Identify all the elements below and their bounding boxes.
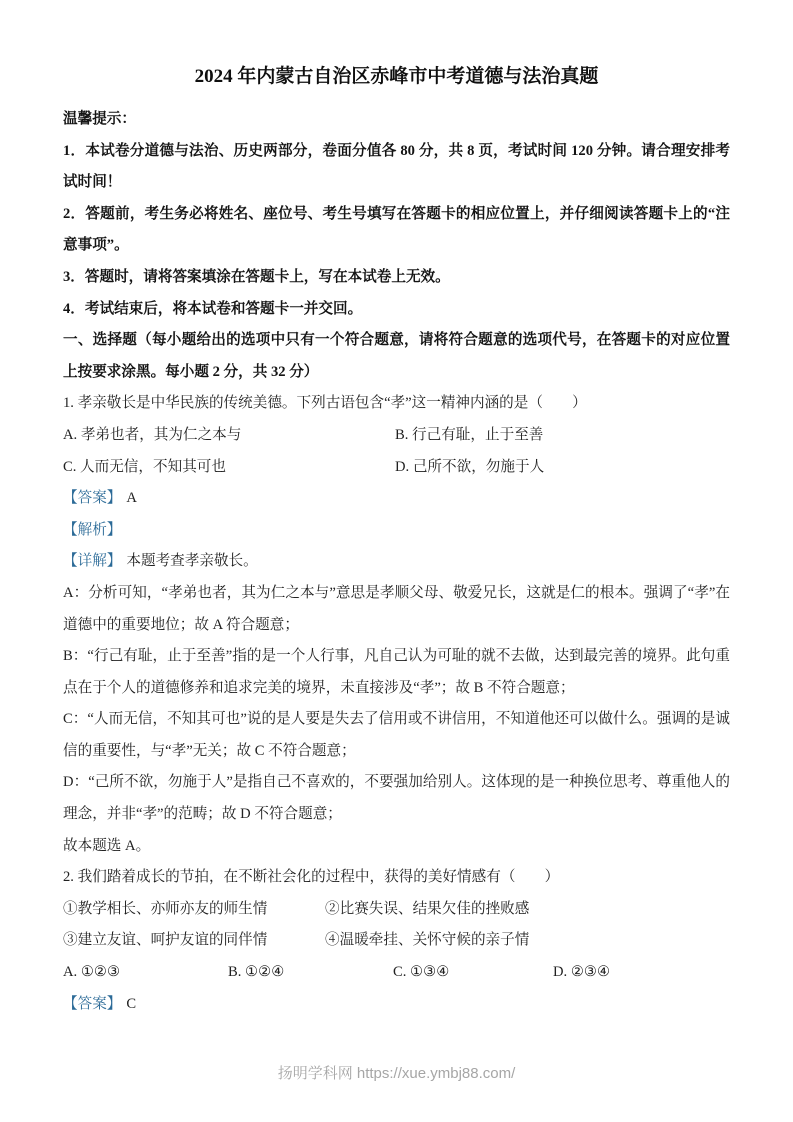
question-1-detail-intro: 本题考查孝亲敬长。 bbox=[126, 553, 257, 569]
question-2-option-d: D. ②③④ bbox=[553, 957, 730, 989]
question-1-detail-c: C：“人而无信，不知其可也”说的是人要是失去了信用或不讲信用，不知道他还可以做什… bbox=[63, 704, 730, 767]
question-2-options-row: A. ①②③ B. ①②④ C. ①③④ D. ②③④ bbox=[63, 957, 730, 989]
section-heading: 一、选择题（每小题给出的选项中只有一个符合题意，请将符合题意的选项代号，在答题卡… bbox=[63, 325, 730, 388]
question-1-detail-intro-line: 【详解】本题考查孝亲敬长。 bbox=[63, 546, 730, 578]
question-2-option-a: A. ①②③ bbox=[63, 957, 228, 989]
question-1-detail-b: B：“行己有耻，止于至善”指的是一个人行事，凡自己认为可耻的就不去做，达到最完善… bbox=[63, 641, 730, 704]
question-1-answer-line: 【答案】A bbox=[63, 483, 730, 515]
question-2-option-b: B. ①②④ bbox=[228, 957, 393, 989]
answer-label: 【答案】 bbox=[63, 490, 121, 506]
question-1-option-b: B. 行己有耻，止于至善 bbox=[395, 420, 730, 452]
document-body: 温馨提示： 1．本试卷分道德与法治、历史两部分，卷面分值各 80 分，共 8 页… bbox=[0, 104, 793, 1020]
question-2-answer-value: C bbox=[126, 996, 136, 1012]
question-1-conclusion: 故本题选 A。 bbox=[63, 831, 730, 863]
question-2-statement-3: ③建立友谊、呵护友谊的同伴情 bbox=[63, 925, 325, 957]
page-title: 2024 年内蒙古自治区赤峰市中考道德与法治真题 bbox=[40, 62, 753, 92]
notice-item-4: 4．考试结束后，将本试卷和答题卡一并交回。 bbox=[63, 294, 730, 326]
question-1-stem: 1. 孝亲敬长是中华民族的传统美德。下列古语包含“孝”这一精神内涵的是（ ） bbox=[63, 388, 730, 420]
question-1-options-row-1: A. 孝弟也者，其为仁之本与 B. 行己有耻，止于至善 bbox=[63, 420, 730, 452]
question-2-stem: 2. 我们踏着成长的节拍，在不断社会化的过程中，获得的美好情感有（ ） bbox=[63, 862, 730, 894]
question-2-statement-1: ①教学相长、亦师亦友的师生情 bbox=[63, 894, 325, 926]
analysis-label: 【解析】 bbox=[63, 522, 121, 538]
question-1-detail-d: D：“己所不欲，勿施于人”是指自己不喜欢的，不要强加给别人。这体现的是一种换位思… bbox=[63, 767, 730, 830]
notice-item-1: 1．本试卷分道德与法治、历史两部分，卷面分值各 80 分，共 8 页，考试时间 … bbox=[63, 136, 730, 199]
question-1-answer-value: A bbox=[126, 490, 137, 506]
notice-heading: 温馨提示： bbox=[63, 104, 730, 136]
question-1-detail-a: A：分析可知，“孝弟也者，其为仁之本与”意思是孝顺父母、敬爱兄长，这就是仁的根本… bbox=[63, 578, 730, 641]
question-2-statement-4: ④温暖牵挂、关怀守候的亲子情 bbox=[325, 925, 730, 957]
exam-document-page: 2024 年内蒙古自治区赤峰市中考道德与法治真题 温馨提示： 1．本试卷分道德与… bbox=[0, 0, 793, 1122]
question-1-option-c: C. 人而无信，不知其可也 bbox=[63, 452, 395, 484]
question-2-option-c: C. ①③④ bbox=[393, 957, 553, 989]
answer-label: 【答案】 bbox=[63, 996, 121, 1012]
question-2-answer-line: 【答案】C bbox=[63, 989, 730, 1021]
question-2-statement-2: ②比赛失误、结果欠佳的挫败感 bbox=[325, 894, 730, 926]
question-2-statements-row-2: ③建立友谊、呵护友谊的同伴情 ④温暖牵挂、关怀守候的亲子情 bbox=[63, 925, 730, 957]
question-1-analysis-line: 【解析】 bbox=[63, 515, 730, 547]
notice-item-3: 3．答题时，请将答案填涂在答题卡上，写在本试卷上无效。 bbox=[63, 262, 730, 294]
question-1-option-a: A. 孝弟也者，其为仁之本与 bbox=[63, 420, 395, 452]
notice-item-2: 2．答题前，考生务必将姓名、座位号、考生号填写在答题卡的相应位置上，并仔细阅读答… bbox=[63, 199, 730, 262]
question-2-statements-row-1: ①教学相长、亦师亦友的师生情 ②比赛失误、结果欠佳的挫败感 bbox=[63, 894, 730, 926]
footer-watermark: 扬明学科网 https://xue.ymbj88.com/ bbox=[0, 1062, 793, 1083]
detail-label: 【详解】 bbox=[63, 553, 121, 569]
question-1-option-d: D. 己所不欲，勿施于人 bbox=[395, 452, 730, 484]
question-1-options-row-2: C. 人而无信，不知其可也 D. 己所不欲，勿施于人 bbox=[63, 452, 730, 484]
